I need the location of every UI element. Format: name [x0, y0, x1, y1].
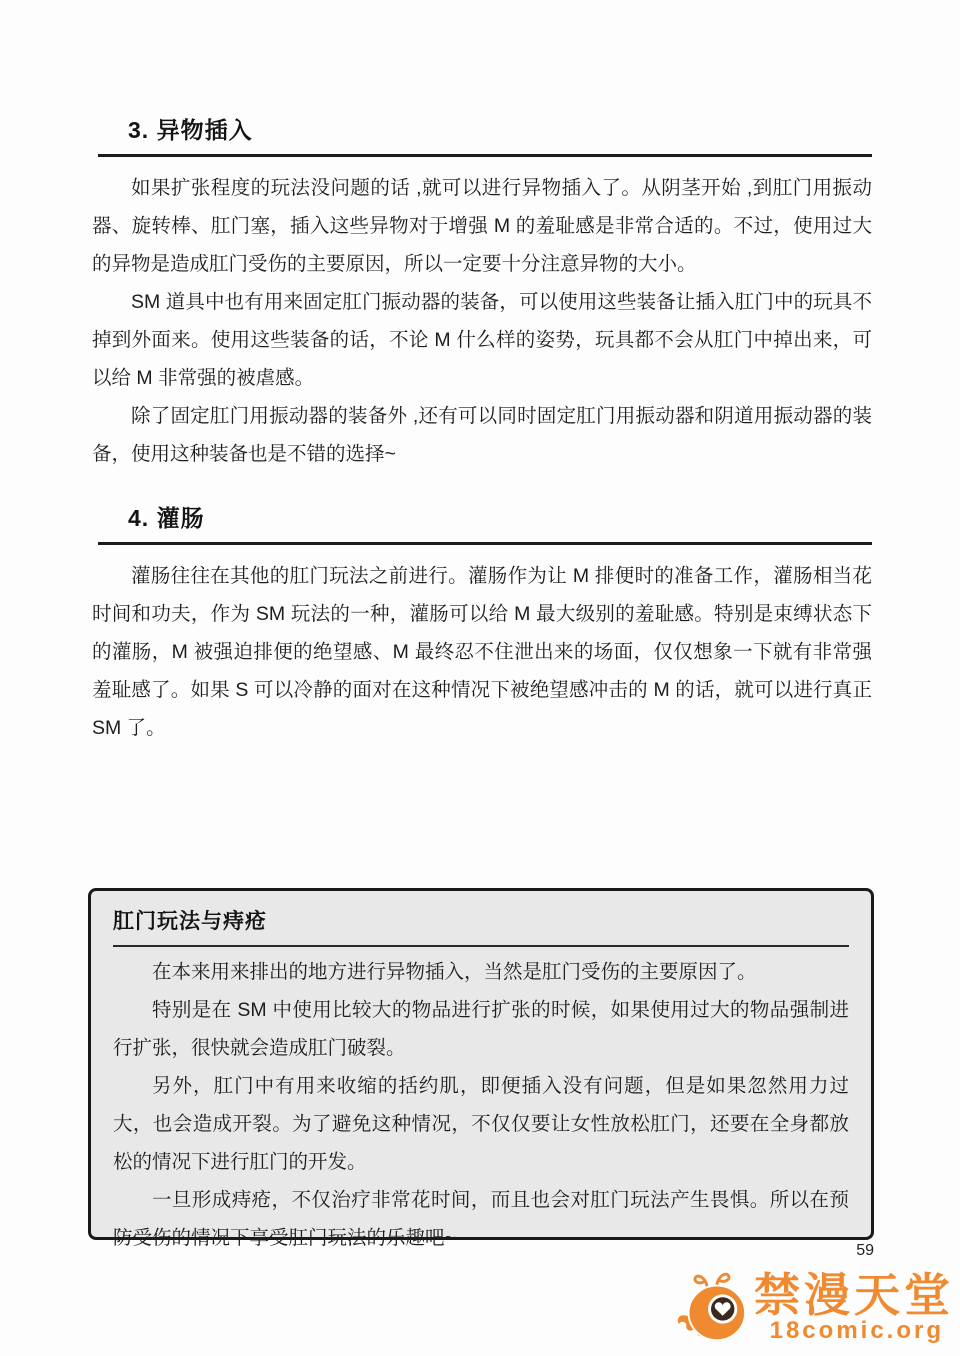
body-paragraph: 除了固定肛门用振动器的装备外 ,还有可以同时固定肛门用振动器和阴道用振动器的装备…: [92, 397, 872, 473]
section-foreign-object-insertion: 3. 异物插入 如果扩张程度的玩法没问题的话 ,就可以进行异物插入了。从阴茎开始…: [92, 112, 872, 473]
brand-site: 18comic.org: [770, 1317, 944, 1345]
page-number: 59: [856, 1242, 874, 1260]
body-paragraph: 如果扩张程度的玩法没问题的话 ,就可以进行异物插入了。从阴茎开始 ,到肛门用振动…: [92, 169, 872, 283]
box-paragraph: 特别是在 SM 中使用比较大的物品进行扩张的时候，如果使用过大的物品强制进行扩张…: [113, 991, 849, 1067]
info-box-title: 肛门玩法与痔疮: [113, 905, 849, 947]
body-paragraph: 灌肠往往在其他的肛门玩法之前进行。灌肠作为让 M 排便时的准备工作，灌肠相当花时…: [92, 557, 872, 747]
main-content: 3. 异物插入 如果扩张程度的玩法没问题的话 ,就可以进行异物插入了。从阴茎开始…: [92, 112, 872, 747]
box-paragraph: 在本来用来排出的地方进行异物插入，当然是肛门受伤的主要原因了。: [113, 953, 849, 991]
section-heading: 4. 灌肠: [98, 500, 872, 545]
brand-name: 禁漫天堂: [754, 1271, 954, 1319]
body-paragraph: SM 道具中也有用来固定肛门振动器的装备，可以使用这些装备让插入肛门中的玩具不掉…: [92, 283, 872, 397]
section-heading: 3. 异物插入: [98, 112, 872, 157]
info-box-hemorrhoids: 肛门玩法与痔疮 在本来用来排出的地方进行异物插入，当然是肛门受伤的主要原因了。 …: [88, 888, 874, 1240]
brand-text-block: 禁漫天堂 18comic.org: [754, 1271, 954, 1345]
mascot-icon: [672, 1268, 750, 1348]
document-page: 3. 异物插入 如果扩张程度的玩法没问题的话 ,就可以进行异物插入了。从阴茎开始…: [0, 0, 960, 1356]
box-paragraph: 另外，肛门中有用来收缩的括约肌，即便插入没有问题，但是如果忽然用力过大，也会造成…: [113, 1067, 849, 1181]
section-enema: 4. 灌肠 灌肠往往在其他的肛门玩法之前进行。灌肠作为让 M 排便时的准备工作，…: [92, 500, 872, 747]
box-paragraph: 一旦形成痔疮，不仅治疗非常花时间，而且也会对肛门玩法产生畏惧。所以在预防受伤的情…: [113, 1181, 849, 1257]
brand-watermark: 禁漫天堂 18comic.org: [672, 1268, 954, 1348]
